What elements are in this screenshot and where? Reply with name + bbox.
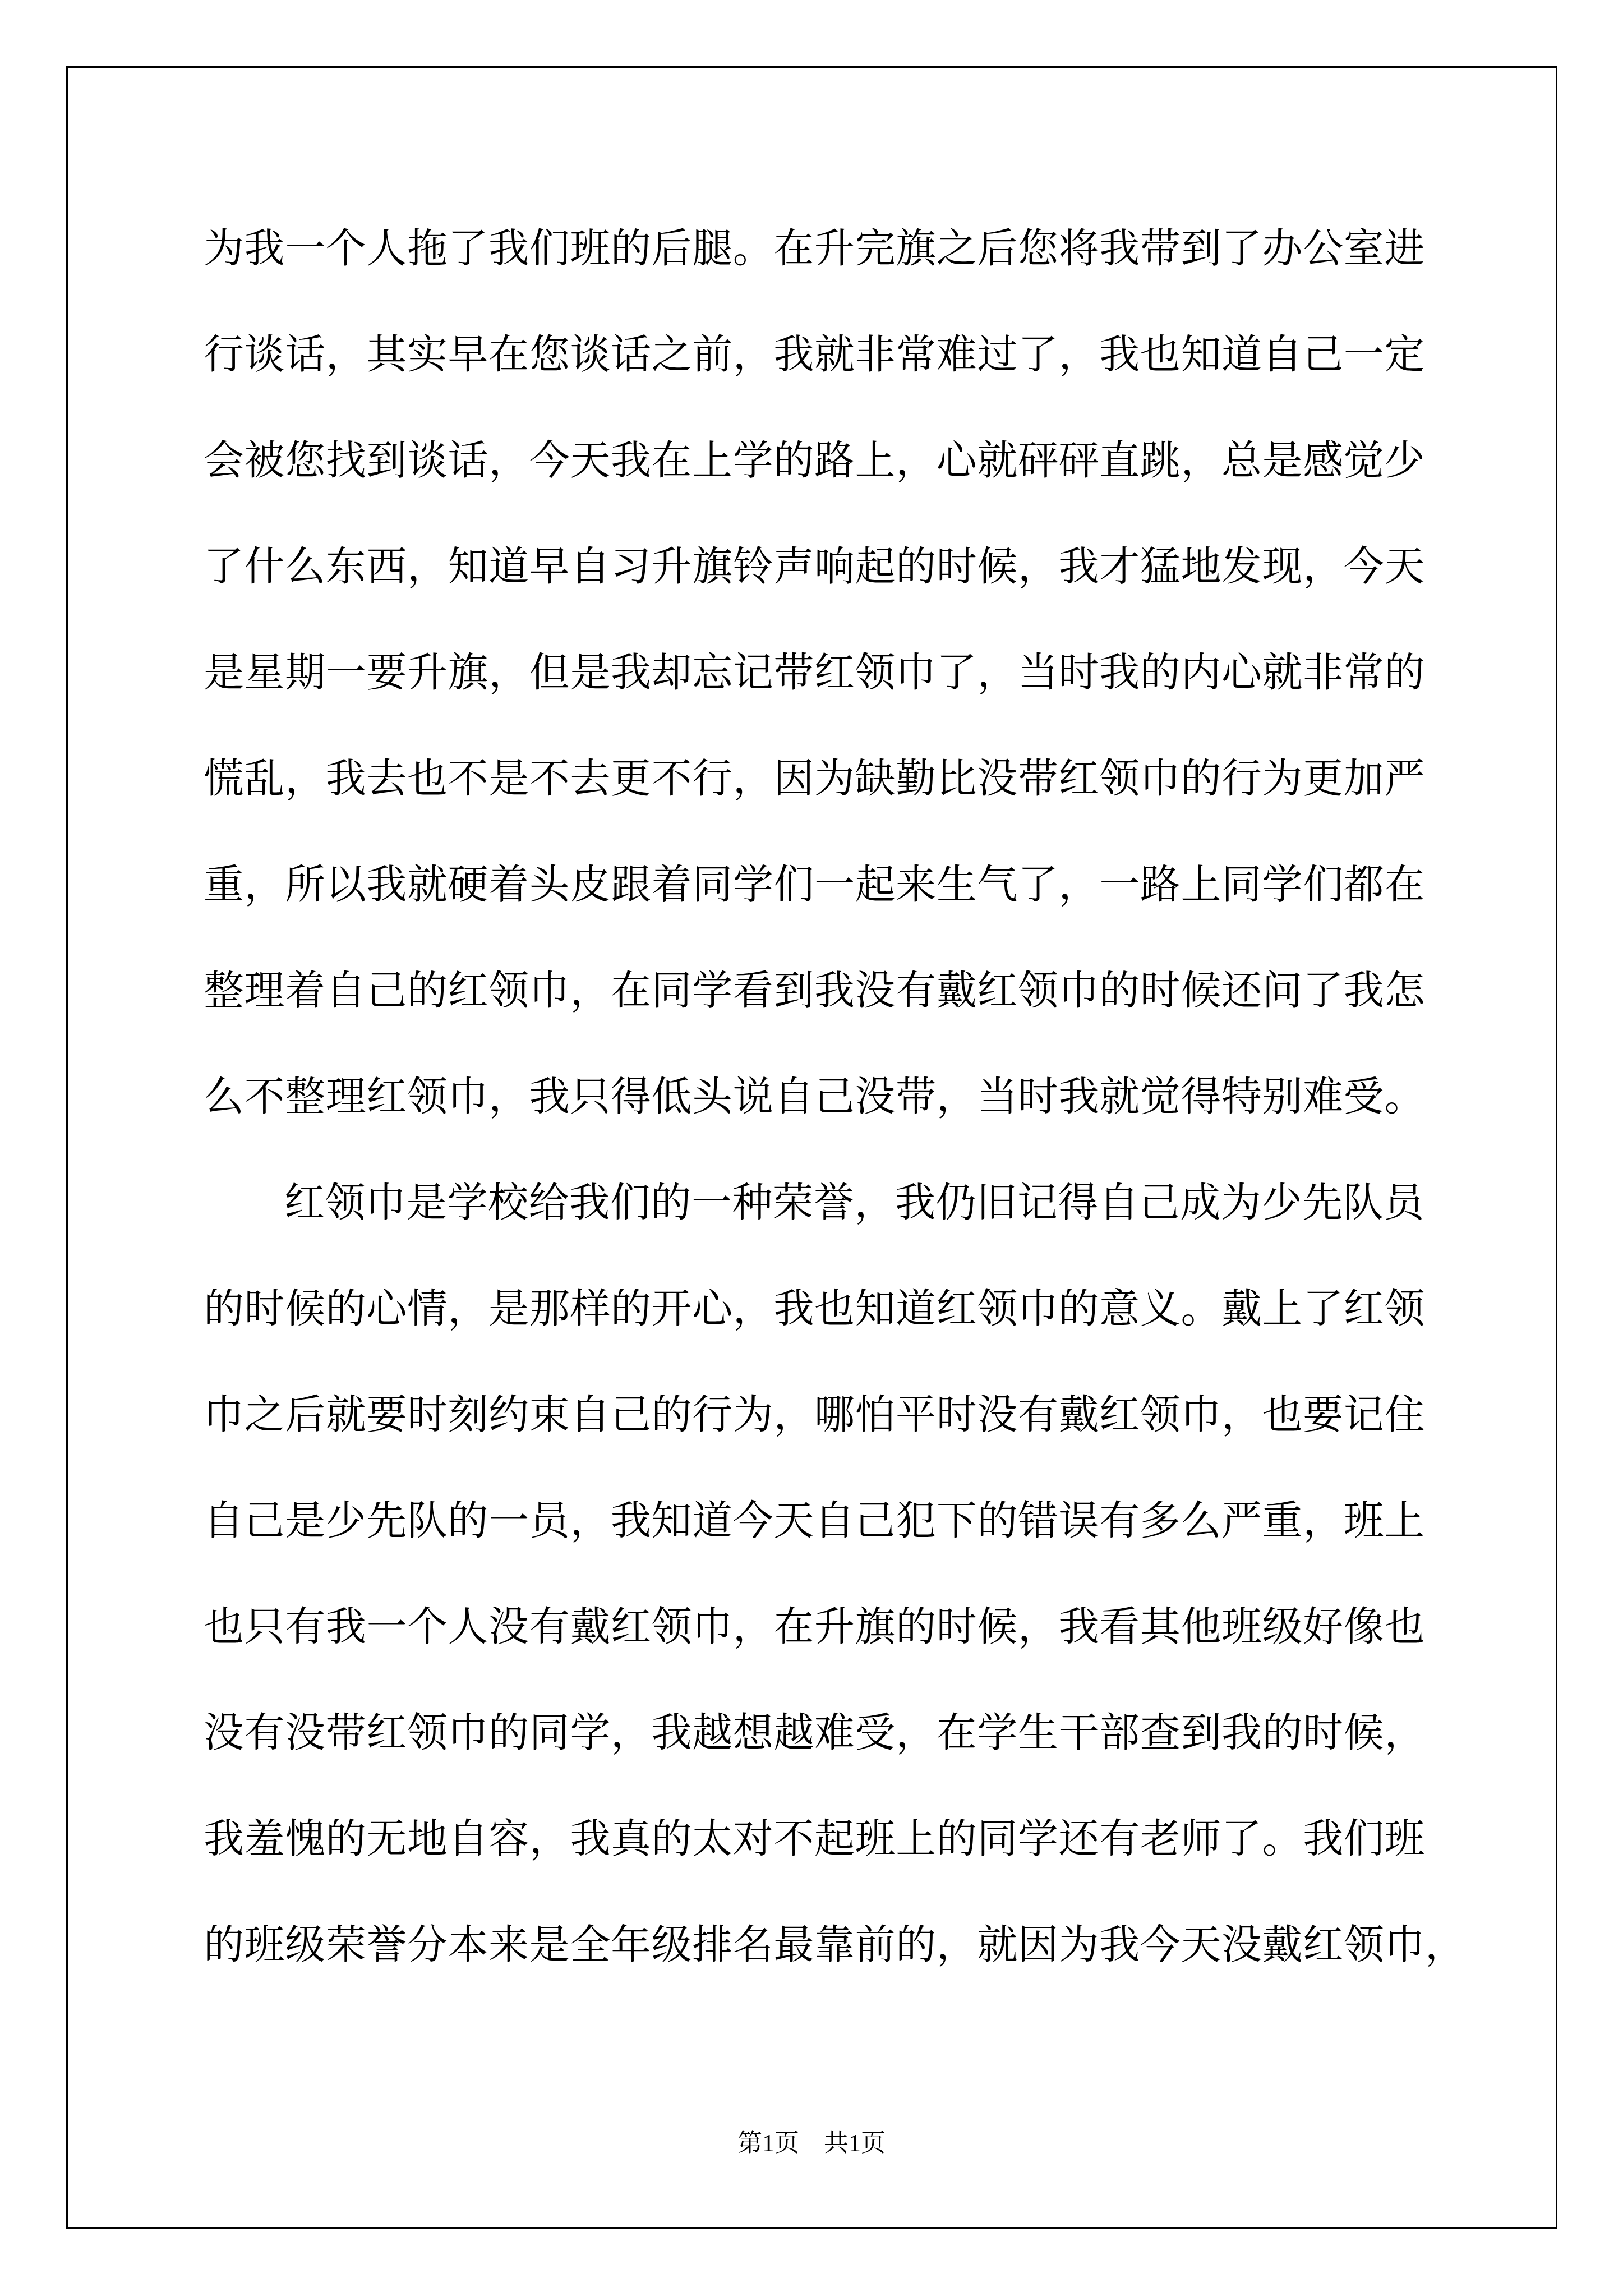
body-line: 巾之后就要时刻约束自己的行为，哪怕平时没有戴红领巾，也要记住 — [204, 1362, 1455, 1468]
body-line-paragraph-start: 红领巾是学校给我们的一种荣誉，我仍旧记得自己成为少先队员 — [204, 1150, 1455, 1256]
body-line: 行谈话，其实早在您谈话之前，我就非常难过了，我也知道自己一定 — [204, 302, 1455, 408]
document-body: 为我一个人拖了我们班的后腿。在升完旗之后您将我带到了办公室进 行谈话，其实早在您… — [204, 196, 1455, 1998]
body-line: 的时候的心情，是那样的开心，我也知道红领巾的意义。戴上了红领 — [204, 1256, 1455, 1362]
body-line: 了什么东西，知道早自习升旗铃声响起的时候，我才猛地发现，今天 — [204, 514, 1455, 620]
body-line: 自己是少先队的一员，我知道今天自己犯下的错误有多么严重，班上 — [204, 1468, 1455, 1574]
body-line: 么不整理红领巾，我只得低头说自己没带，当时我就觉得特别难受。 — [204, 1044, 1455, 1150]
body-line: 也只有我一个人没有戴红领巾，在升旗的时候，我看其他班级好像也 — [204, 1574, 1455, 1680]
body-line: 慌乱，我去也不是不去更不行，因为缺勤比没带红领巾的行为更加严 — [204, 726, 1455, 832]
body-line: 的班级荣誉分本来是全年级排名最靠前的，就因为我今天没戴红领巾， — [204, 1892, 1455, 1998]
body-line: 会被您找到谈话，今天我在上学的路上，心就砰砰直跳，总是感觉少 — [204, 408, 1455, 514]
body-line: 是星期一要升旗，但是我却忘记带红领巾了，当时我的内心就非常的 — [204, 620, 1455, 726]
body-line: 整理着自己的红领巾，在同学看到我没有戴红领巾的时候还问了我怎 — [204, 938, 1455, 1044]
body-line: 没有没带红领巾的同学，我越想越难受，在学生干部查到我的时候， — [204, 1680, 1455, 1786]
body-line: 重，所以我就硬着头皮跟着同学们一起来生气了，一路上同学们都在 — [204, 832, 1455, 938]
body-line: 为我一个人拖了我们班的后腿。在升完旗之后您将我带到了办公室进 — [204, 196, 1455, 302]
page-number-footer: 第1页 共1页 — [0, 2125, 1623, 2162]
body-line: 我羞愧的无地自容，我真的太对不起班上的同学还有老师了。我们班 — [204, 1786, 1455, 1892]
